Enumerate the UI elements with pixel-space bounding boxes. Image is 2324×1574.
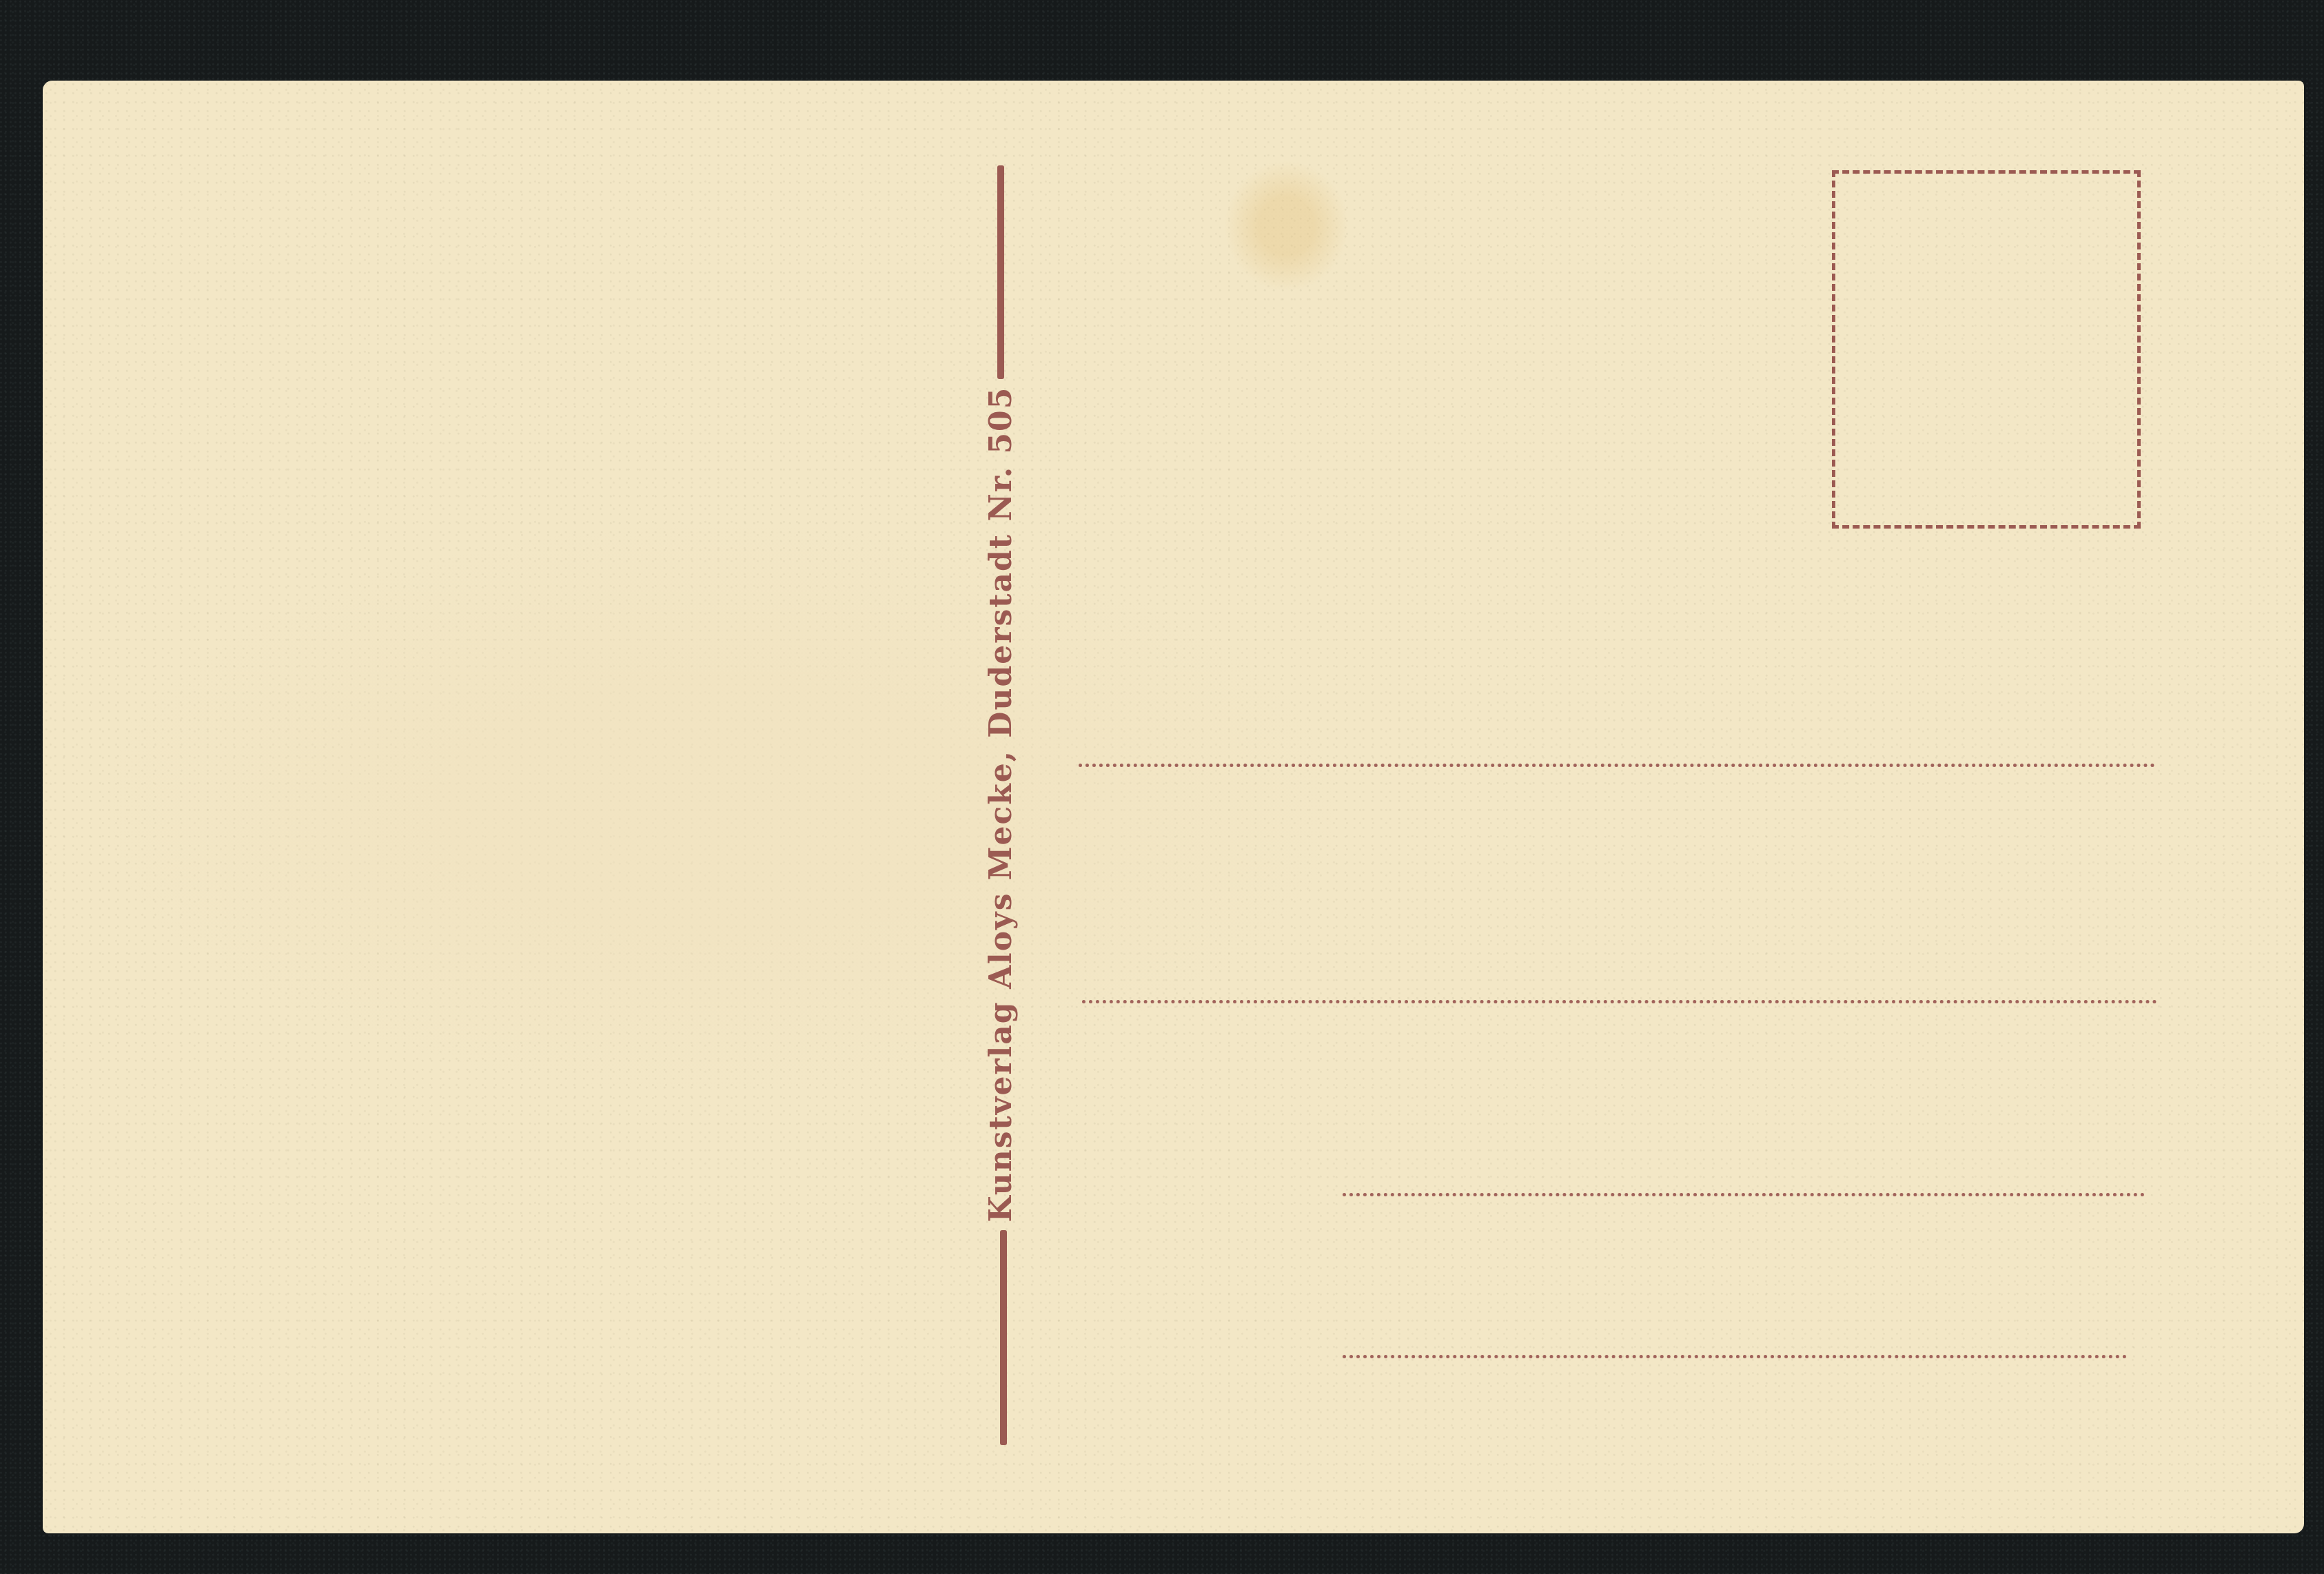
address-line-2 bbox=[1082, 1000, 2157, 1003]
divider-line-top bbox=[997, 165, 1004, 379]
address-line-1 bbox=[1079, 764, 2155, 767]
publisher-imprint: Kunstverlag Aloys Mecke, Duderstadt Nr. … bbox=[983, 392, 1019, 1223]
address-line-3 bbox=[1343, 1193, 2145, 1196]
divider-line-bottom bbox=[1000, 1230, 1007, 1445]
address-line-4 bbox=[1343, 1355, 2127, 1358]
stamp-box bbox=[1832, 170, 2141, 529]
